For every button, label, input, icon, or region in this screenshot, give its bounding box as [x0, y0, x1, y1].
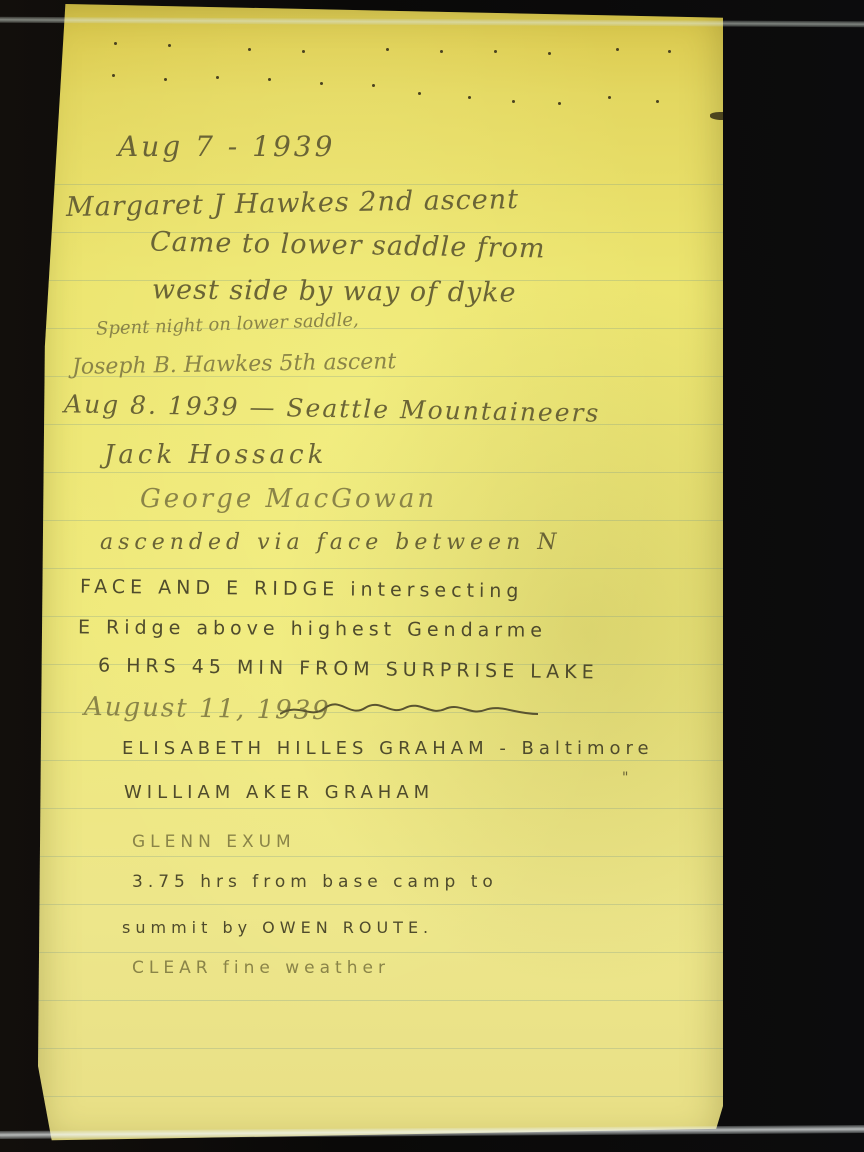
entry-2-note-line: FACE AND E RIDGE intersecting: [80, 576, 524, 603]
entry-3-weather-line: CLEAR fine weather: [132, 958, 390, 978]
ruled-line: [38, 1096, 723, 1097]
pin-hole: [418, 92, 421, 95]
pin-hole: [320, 82, 323, 85]
pin-hole: [512, 100, 515, 103]
entry-2-climber: George MacGowan: [140, 484, 437, 514]
ruled-line: [38, 904, 723, 905]
entry-1-note-line: west side by way of dyke: [152, 274, 517, 308]
pin-hole: [440, 50, 443, 53]
entry-3-climber: ELISABETH HILLES GRAHAM - Baltimore: [122, 738, 654, 759]
pin-hole: [114, 42, 117, 45]
pin-hole: [616, 48, 619, 51]
ruled-line: [38, 1000, 723, 1001]
ruled-line: [38, 424, 723, 425]
pin-hole: [656, 100, 659, 103]
pin-hole: [548, 52, 551, 55]
pin-hole: [112, 74, 115, 77]
entry-3-climber: GLENN EXUM: [132, 832, 296, 852]
entry-1-date: Aug 7 - 1939: [118, 130, 335, 163]
pin-hole: [558, 102, 561, 105]
pin-hole: [608, 96, 611, 99]
pin-hole: [494, 50, 497, 53]
ruled-line: [38, 1048, 723, 1049]
ruled-line: [38, 520, 723, 521]
paper-tear: [710, 112, 736, 120]
pin-hole: [168, 44, 171, 47]
ruled-line: [38, 760, 723, 761]
ruled-line: [38, 568, 723, 569]
pin-hole: [302, 50, 305, 53]
ruled-line: [38, 856, 723, 857]
ruled-line: [38, 472, 723, 473]
pin-hole: [248, 48, 251, 51]
pin-hole: [468, 96, 471, 99]
entry-2-climber: Jack Hossack: [104, 440, 327, 470]
pin-hole: [386, 48, 389, 51]
ruled-line: [38, 184, 723, 185]
entry-2-note-line: E Ridge above highest Gendarme: [78, 616, 547, 641]
pin-hole: [216, 76, 219, 79]
ruled-line: [38, 952, 723, 953]
ditto-mark: ": [622, 770, 628, 786]
scribble-mark: [280, 702, 540, 720]
pin-hole: [268, 78, 271, 81]
pin-hole: [372, 84, 375, 87]
entry-3-climber: WILLIAM AKER GRAHAM: [124, 782, 434, 803]
pin-hole: [668, 50, 671, 53]
ruled-line: [38, 808, 723, 809]
entry-3-note-line: summit by OWEN ROUTE.: [122, 918, 433, 937]
entry-3-note-line: 3.75 hrs from base camp to: [132, 872, 498, 892]
photo-stage: Aug 7 - 1939 Margaret J Hawkes 2nd ascen…: [0, 0, 864, 1152]
pin-hole: [164, 78, 167, 81]
entry-2-note-line: ascended via face between N: [100, 530, 562, 555]
